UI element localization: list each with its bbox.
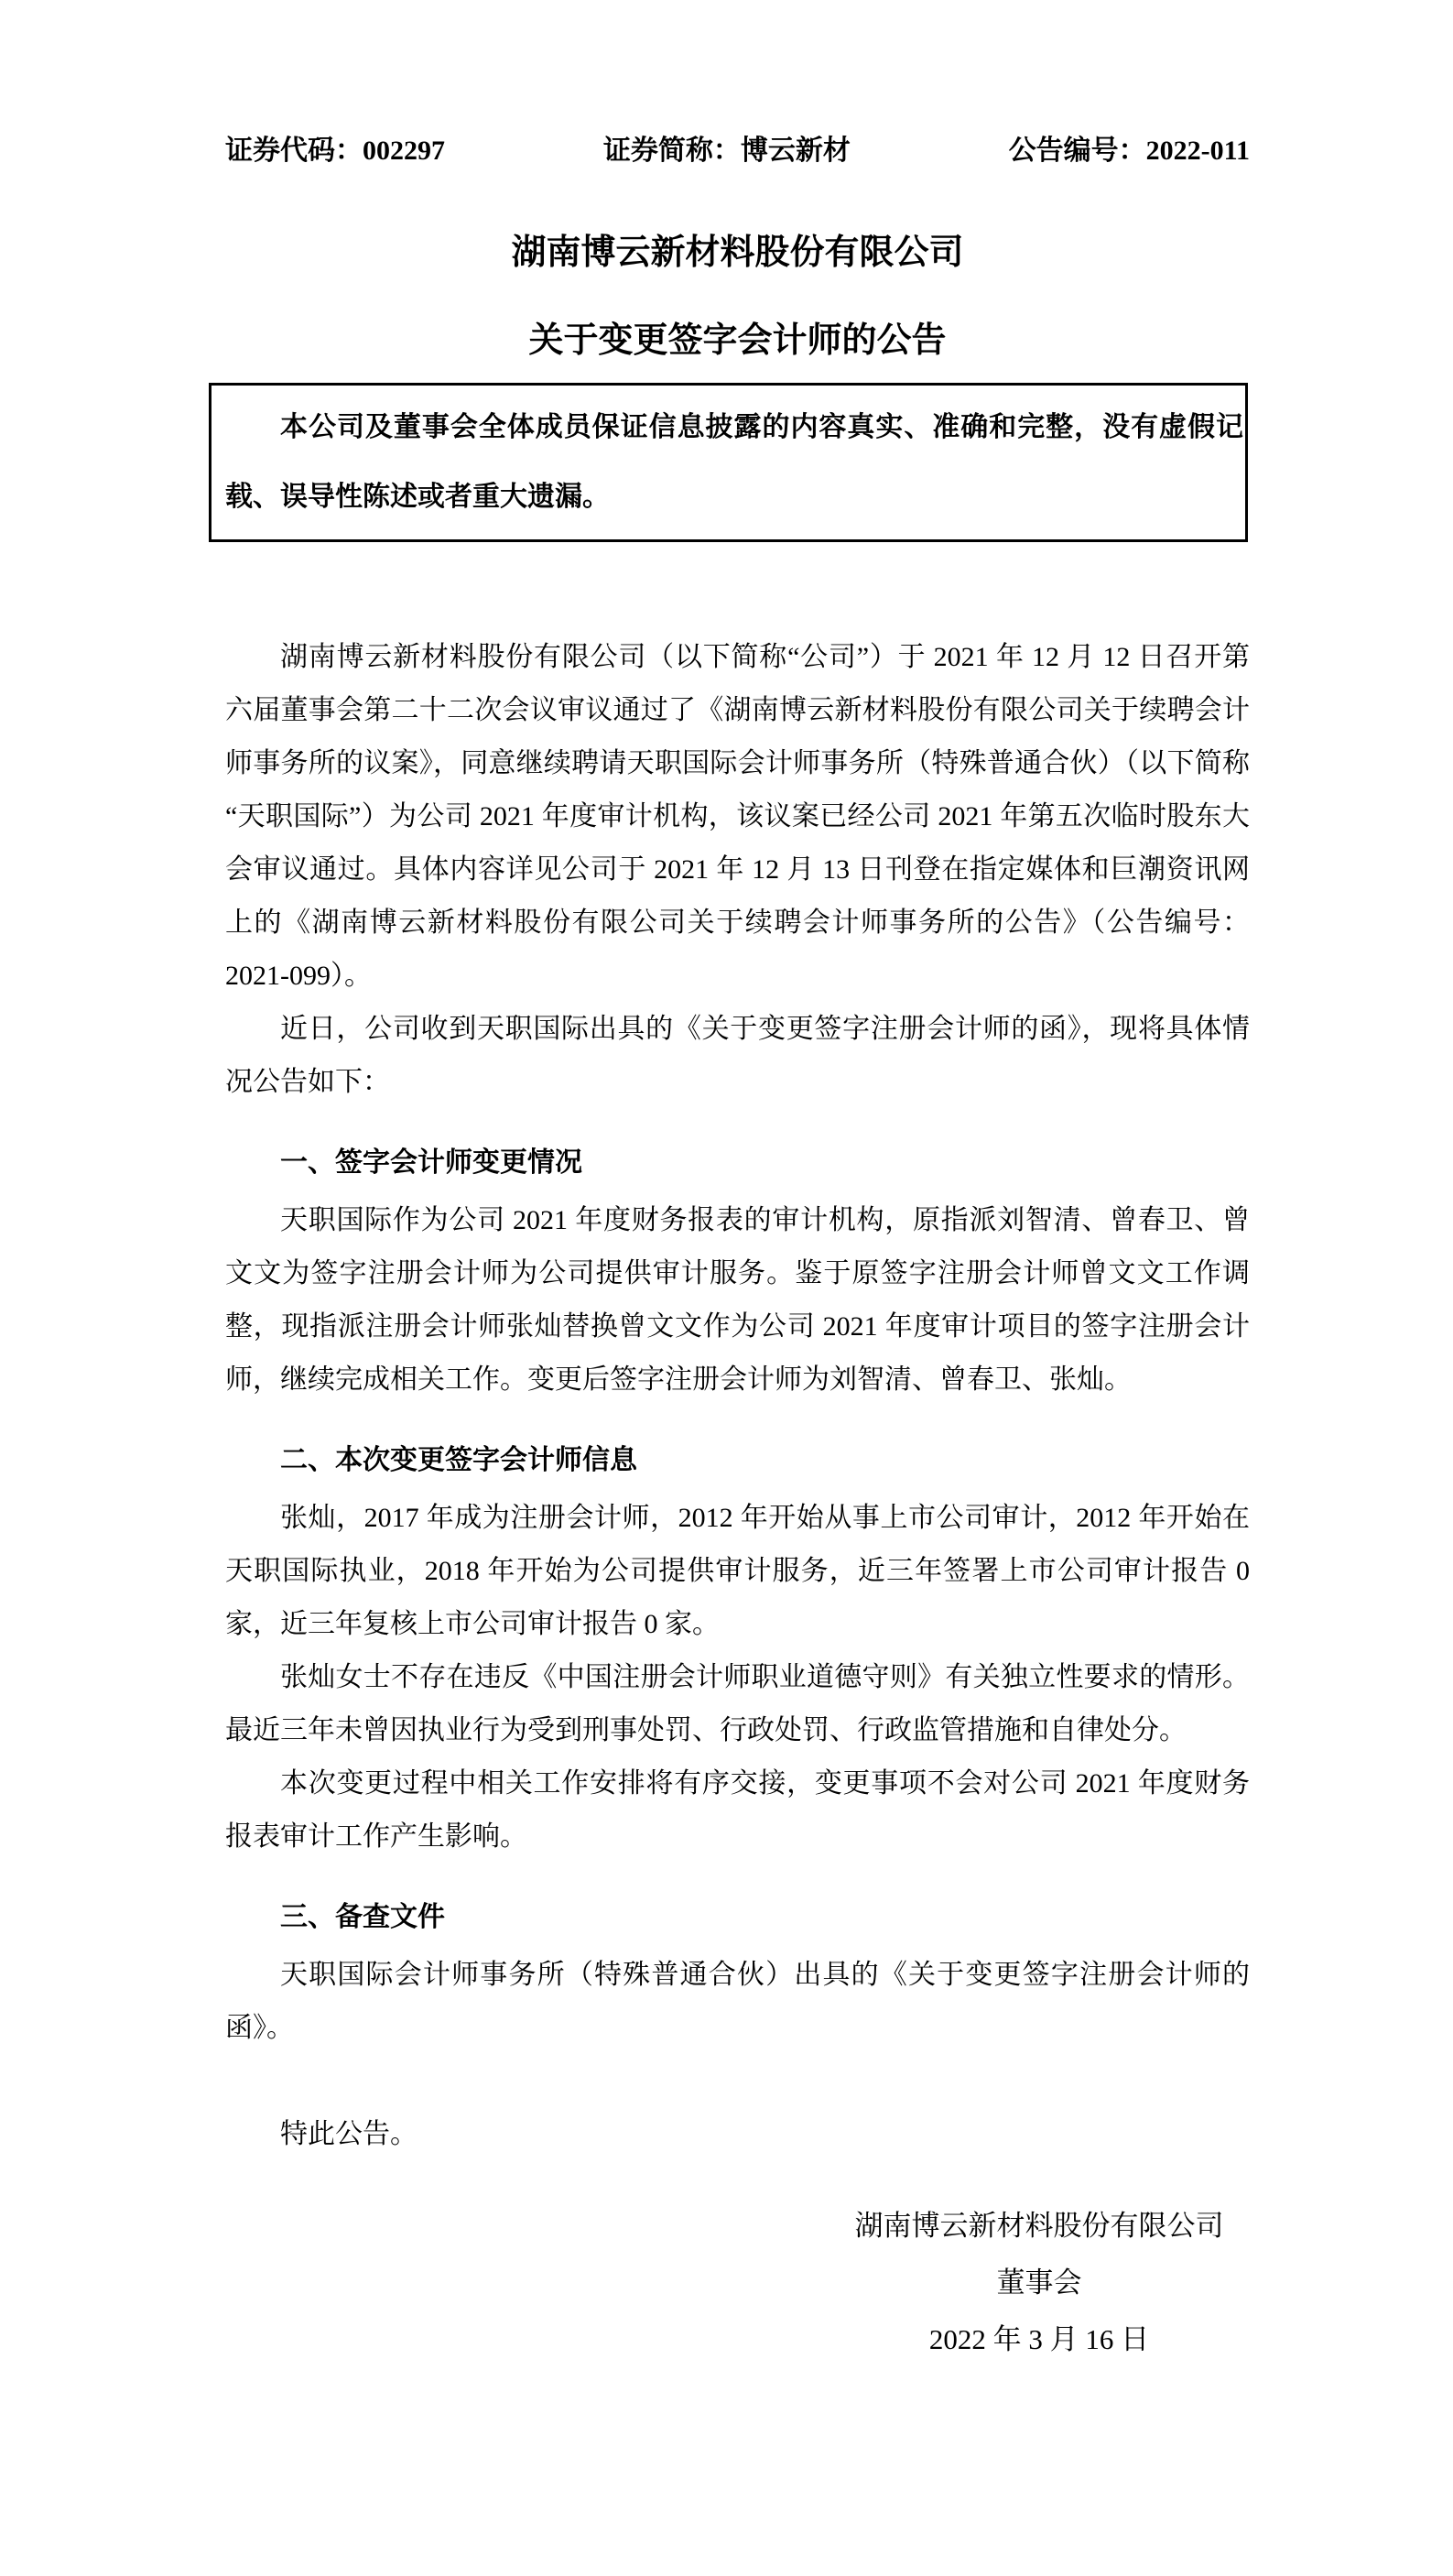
- paragraph-resolution-background: 湖南博云新材料股份有限公司（以下简称“公司”）于 2021 年 12 月 12 …: [225, 631, 1250, 1003]
- signature-date: 2022 年 3 月 16 日: [829, 2311, 1250, 2368]
- section-1-heading: 一、签字会计师变更情况: [225, 1136, 1250, 1190]
- stock-abbr: 证券简称：博云新材: [603, 136, 851, 167]
- section-3-heading: 三、备查文件: [225, 1891, 1250, 1944]
- announcement-title: 关于变更签字会计师的公告: [225, 321, 1250, 361]
- signature-board: 董事会: [829, 2255, 1250, 2311]
- section-2-heading: 二、本次变更签字会计师信息: [225, 1434, 1250, 1487]
- stock-code: 证券代码：002297: [225, 136, 445, 167]
- disclaimer-text: 本公司及董事会全体成员保证信息披露的内容真实、准确和完整，没有虚假记载、误导性陈…: [225, 412, 1243, 512]
- signature-block: 湖南博云新材料股份有限公司 董事会 2022 年 3 月 16 日: [829, 2198, 1250, 2368]
- closing-statement: 特此公告。: [225, 2108, 1250, 2161]
- company-title: 湖南博云新材料股份有限公司: [225, 233, 1250, 273]
- announcement-number: 公告编号：2022-011: [1009, 136, 1250, 167]
- document-header: 证券代码：002297 证券简称：博云新材 公告编号：2022-011: [225, 0, 1250, 167]
- announcement-document: 证券代码：002297 证券简称：博云新材 公告编号：2022-011 湖南博云…: [0, 0, 1453, 2576]
- signature-company: 湖南博云新材料股份有限公司: [829, 2198, 1250, 2255]
- section-2-transition-statement: 本次变更过程中相关工作安排将有序交接，变更事项不会对公司 2021 年度财务报表…: [225, 1757, 1250, 1864]
- disclaimer-box: 本公司及董事会全体成员保证信息披露的内容真实、准确和完整，没有虚假记载、误导性陈…: [209, 383, 1248, 542]
- section-3-reference-document: 天职国际会计师事务所（特殊普通合伙）出具的《关于变更签字注册会计师的函》。: [225, 1949, 1250, 2055]
- document-body: 湖南博云新材料股份有限公司（以下简称“公司”）于 2021 年 12 月 12 …: [225, 631, 1250, 2161]
- section-1-content: 天职国际作为公司 2021 年度财务报表的审计机构，原指派刘智清、曾春卫、曾文文…: [225, 1194, 1250, 1407]
- section-2-accountant-info: 张灿，2017 年成为注册会计师，2012 年开始从事上市公司审计，2012 年…: [225, 1492, 1250, 1651]
- paragraph-letter-received: 近日，公司收到天职国际出具的《关于变更签字注册会计师的函》，现将具体情况公告如下…: [225, 1003, 1250, 1109]
- section-2-independence-statement: 张灿女士不存在违反《中国注册会计师职业道德守则》有关独立性要求的情形。最近三年未…: [225, 1651, 1250, 1757]
